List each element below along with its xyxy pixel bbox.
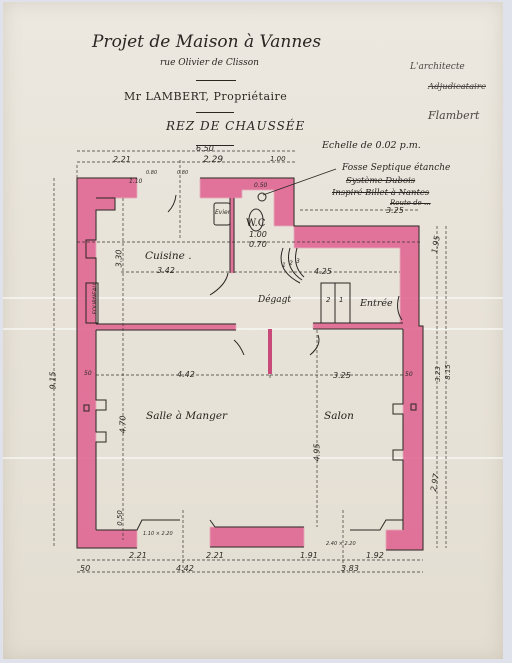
- dim-top-left: 2.21: [113, 155, 131, 164]
- fourneau-label: FOURNEAU: [92, 284, 98, 315]
- dining-width: 4.42: [177, 370, 195, 379]
- evier-label: Evier: [215, 209, 230, 216]
- dim-bottom-left-a: 2.21: [129, 551, 147, 560]
- wc-depth: 0.70: [249, 240, 267, 249]
- dim-sill-left: 0.50: [116, 510, 124, 526]
- dim-window-b: 0.80: [177, 170, 188, 176]
- dim-bottom-window-right: 2.40 × 2.20: [326, 541, 356, 547]
- dim-left-total: 9.15: [48, 372, 57, 390]
- dim-wc-window: 0.50: [254, 182, 267, 189]
- dim-bottom-left-b: 2.21: [206, 551, 224, 560]
- room-wc: W.C: [246, 218, 265, 229]
- dim-bottom-window-left: 1.10 × 2.20: [143, 531, 173, 537]
- entry-step: 2: [326, 296, 330, 304]
- salon-width: 3.25: [333, 371, 351, 380]
- salon-depth: 4.95: [312, 444, 321, 462]
- dim-bottom-right-b: 1.92: [366, 551, 384, 560]
- stair-step: 3: [296, 258, 300, 265]
- dim-top-total: 6.50: [196, 144, 214, 153]
- room-degagement: Dégagt: [258, 295, 291, 305]
- dim-top-right: 1.00: [270, 155, 286, 163]
- dim-right-total: 8.15: [444, 364, 452, 380]
- dim-right-span: 3.25: [386, 206, 404, 215]
- room-salon: Salon: [324, 410, 354, 422]
- dim-wall-right: 50: [405, 371, 413, 378]
- dim-wall-left: 50: [84, 370, 92, 377]
- dim-bottom-left-wall: 50: [80, 564, 90, 573]
- stair-step: 2: [289, 260, 293, 267]
- dim-bottom-right-a: 1.91: [300, 551, 318, 560]
- entree-width: 4.25: [314, 267, 332, 276]
- room-dining: Salle à Manger: [146, 410, 227, 422]
- dim-window-a: 0.80: [146, 170, 157, 176]
- dim-window-left: 1.10: [129, 178, 142, 185]
- kitchen-depth: 3.30: [114, 250, 123, 268]
- room-kitchen: Cuisine .: [145, 250, 192, 262]
- floor-plan: [0, 0, 512, 663]
- wc-width: 1.00: [249, 230, 267, 239]
- dim-right-mid: 3.23: [434, 366, 442, 382]
- dining-depth: 4.70: [118, 416, 127, 434]
- dim-top-mid: 2.29: [203, 155, 223, 165]
- stair-step: 1: [282, 262, 286, 269]
- room-entree: Entrée: [360, 298, 393, 309]
- kitchen-width: 3.42: [157, 266, 175, 275]
- entry-step: 1: [339, 296, 343, 304]
- dim-bottom-right-total: 3.83: [341, 564, 359, 573]
- dim-bottom-left-total: 4.42: [176, 564, 194, 573]
